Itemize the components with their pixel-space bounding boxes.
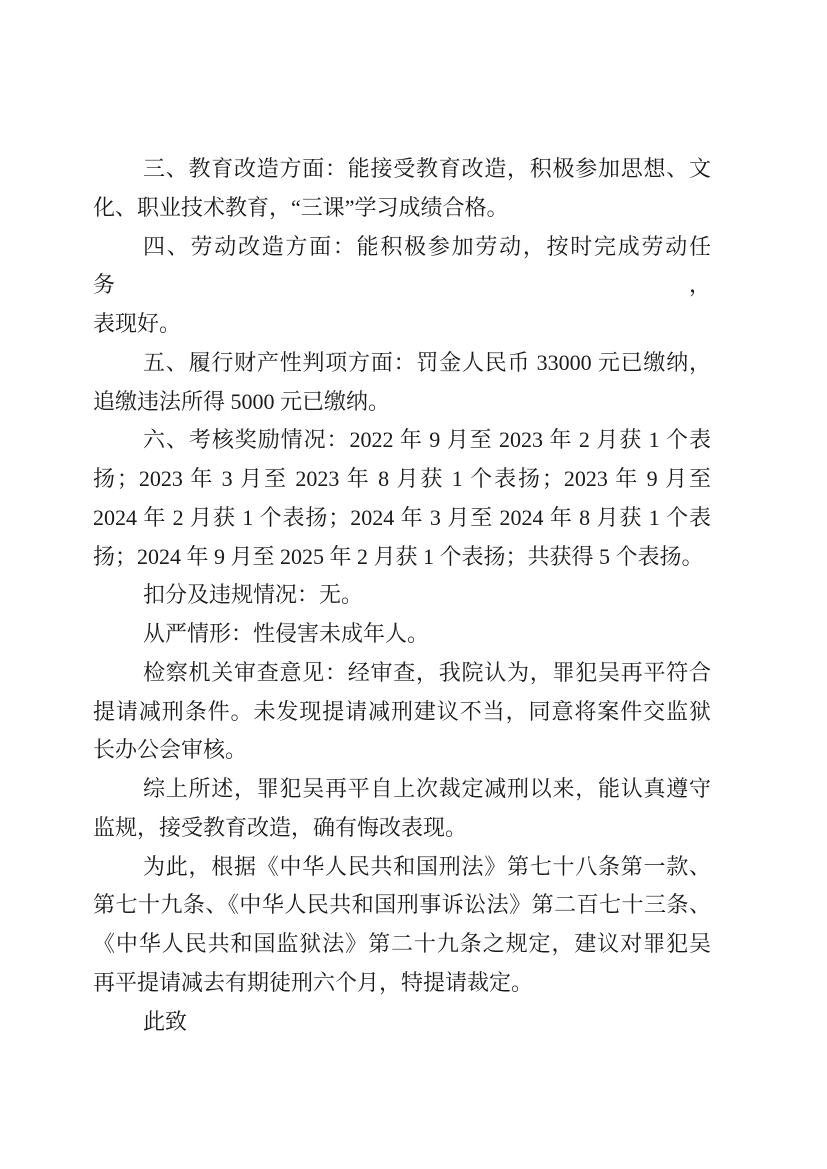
document-line: 第七十九条、《中华人民共和国刑事诉讼法》第二百七十三条、 xyxy=(93,886,711,925)
document-line: 扣分及违规情况：无。 xyxy=(93,576,711,615)
document-line: 追缴违法所得 5000 元已缴纳。 xyxy=(93,383,711,422)
paragraph: 五、履行财产性判项方面：罚金人民币 33000 元已缴纳，追缴违法所得 5000… xyxy=(93,344,711,422)
document-line: 扬；2023 年 3 月至 2023 年 8 月获 1 个表扬；2023 年 9… xyxy=(93,460,711,499)
document-line: 六、考核奖励情况：2022 年 9 月至 2023 年 2 月获 1 个表 xyxy=(93,421,711,460)
document-line: 监规，接受教育改造，确有悔改表现。 xyxy=(93,809,711,848)
document-line: 五、履行财产性判项方面：罚金人民币 33000 元已缴纳， xyxy=(93,344,711,383)
paragraph: 为此，根据《中华人民共和国刑法》第七十八条第一款、第七十九条、《中华人民共和国刑… xyxy=(93,848,711,1003)
paragraph: 四、劳动改造方面：能积极参加劳动，按时完成劳动任务，表现好。 xyxy=(93,228,711,344)
document-line: 四、劳动改造方面：能积极参加劳动，按时完成劳动任务， xyxy=(93,228,711,306)
document-line: 再平提请减去有期徒刑六个月，特提请裁定。 xyxy=(93,964,711,1003)
document-line: 综上所述，罪犯吴再平自上次裁定减刑以来，能认真遵守 xyxy=(93,770,711,809)
document-line: 此致 xyxy=(93,1003,711,1042)
document-line: 三、教育改造方面：能接受教育改造，积极参加思想、文 xyxy=(93,150,711,189)
document-line: 化、职业技术教育，“三课”学习成绩合格。 xyxy=(93,189,711,228)
document-body: 三、教育改造方面：能接受教育改造，积极参加思想、文化、职业技术教育，“三课”学习… xyxy=(93,150,711,1041)
document-line: 《中华人民共和国监狱法》第二十九条之规定，建议对罪犯吴 xyxy=(93,925,711,964)
document-line: 2024 年 2 月获 1 个表扬；2024 年 3 月至 2024 年 8 月… xyxy=(93,499,711,538)
paragraph: 六、考核奖励情况：2022 年 9 月至 2023 年 2 月获 1 个表扬；2… xyxy=(93,421,711,576)
document-line: 提请减刑条件。未发现提请减刑建议不当，同意将案件交监狱 xyxy=(93,693,711,732)
document-line: 扬；2024 年 9 月至 2025 年 2 月获 1 个表扬；共获得 5 个表… xyxy=(93,538,711,577)
paragraph: 综上所述，罪犯吴再平自上次裁定减刑以来，能认真遵守监规，接受教育改造，确有悔改表… xyxy=(93,770,711,848)
document-line: 从严情形：性侵害未成年人。 xyxy=(93,615,711,654)
paragraph: 此致 xyxy=(93,1003,711,1042)
paragraph: 三、教育改造方面：能接受教育改造，积极参加思想、文化、职业技术教育，“三课”学习… xyxy=(93,150,711,228)
paragraph: 检察机关审查意见：经审查，我院认为，罪犯吴再平符合提请减刑条件。未发现提请减刑建… xyxy=(93,654,711,770)
document-line: 检察机关审查意见：经审查，我院认为，罪犯吴再平符合 xyxy=(93,654,711,693)
document-page: 三、教育改造方面：能接受教育改造，积极参加思想、文化、职业技术教育，“三课”学习… xyxy=(0,0,827,1169)
document-line: 长办公会审核。 xyxy=(93,731,711,770)
document-line: 表现好。 xyxy=(93,305,711,344)
document-line: 为此，根据《中华人民共和国刑法》第七十八条第一款、 xyxy=(93,848,711,887)
paragraph: 从严情形：性侵害未成年人。 xyxy=(93,615,711,654)
paragraph: 扣分及违规情况：无。 xyxy=(93,576,711,615)
